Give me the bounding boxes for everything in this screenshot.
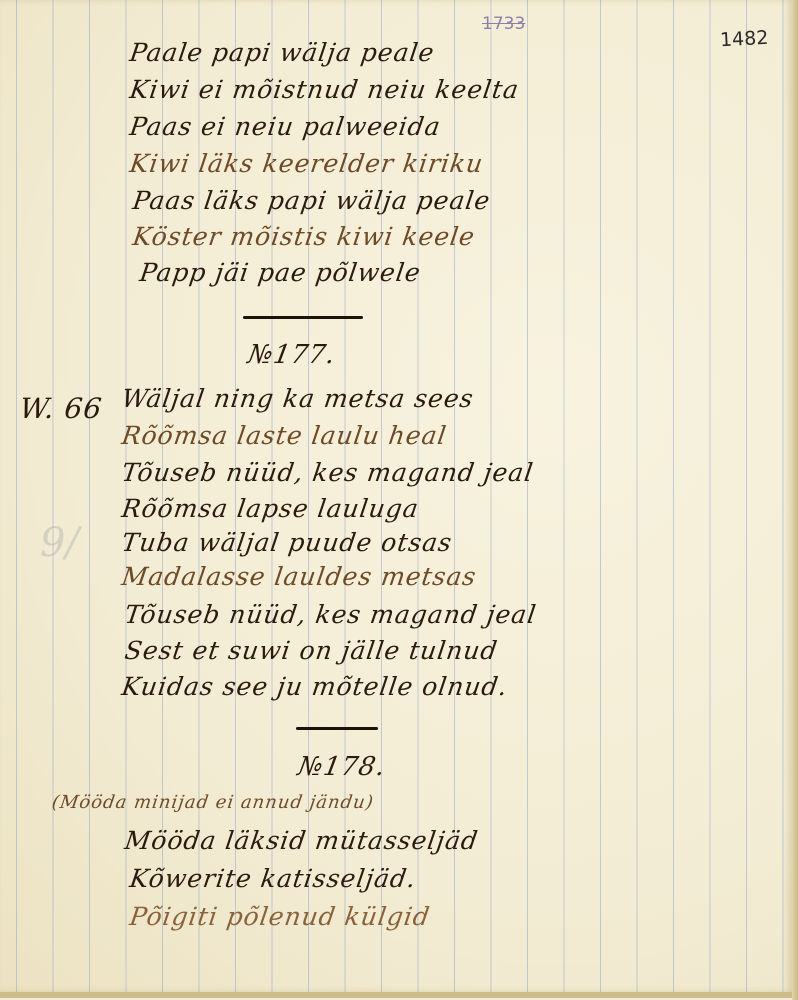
verse-line: Põigiti põlenud külgid [128,902,432,931]
verse-line: Tuba wäljal puude otsas [120,528,454,557]
verse-line: Madalasse lauldes metsas [120,562,478,591]
verse-line: Kiwi ei mõistnud neiu keelta [128,75,521,104]
verse-line: Tõuseb nüüd, kes magand jeal [120,458,535,487]
folio-number: 1482 [719,27,768,52]
crossed-out-page-number: 1733 [482,14,525,34]
section-divider [243,316,363,319]
song-number-heading: №178. [295,752,388,782]
faint-pencil-mark: 9/ [40,520,79,566]
verse-line: Rõõmsa lapse lauluga [120,494,421,523]
verse-line: Sest et suwi on jälle tulnud [123,636,500,665]
verse-line: Papp jäi pae põlwele [138,258,423,287]
verse-line: Paale papi wälja peale [128,38,437,67]
page-edge [792,0,798,1000]
verse-line: Rõõmsa laste laulu heal [120,421,449,450]
verse-line: Mööda läksid mütasseljäd [123,826,480,855]
verse-line: Kõwerite katisseljäd. [128,864,418,893]
section-divider [296,727,378,730]
song-number-heading: №177. [245,340,338,370]
verse-line: Tõuseb nüüd, kes magand jeal [123,600,538,629]
verse-line: Wäljal ning ka metsa sees [120,384,476,413]
verse-line: Paas läks papi wälja peale [131,186,492,215]
verse-line: Paas ei neiu palweeida [128,112,443,141]
notebook-page: 9/ 1733 1482 Paale papi wälja peale Kiwi… [0,0,795,998]
margin-reference: W. 66 [18,392,104,425]
verse-line: Köster mõistis kiwi keele [131,222,477,251]
verse-line: Kiwi läks keerelder kiriku [128,149,485,178]
song-subtitle: (Mööda minijad ei annud jändu) [51,792,376,813]
verse-line: Kuidas see ju mõtelle olnud. [120,672,510,701]
